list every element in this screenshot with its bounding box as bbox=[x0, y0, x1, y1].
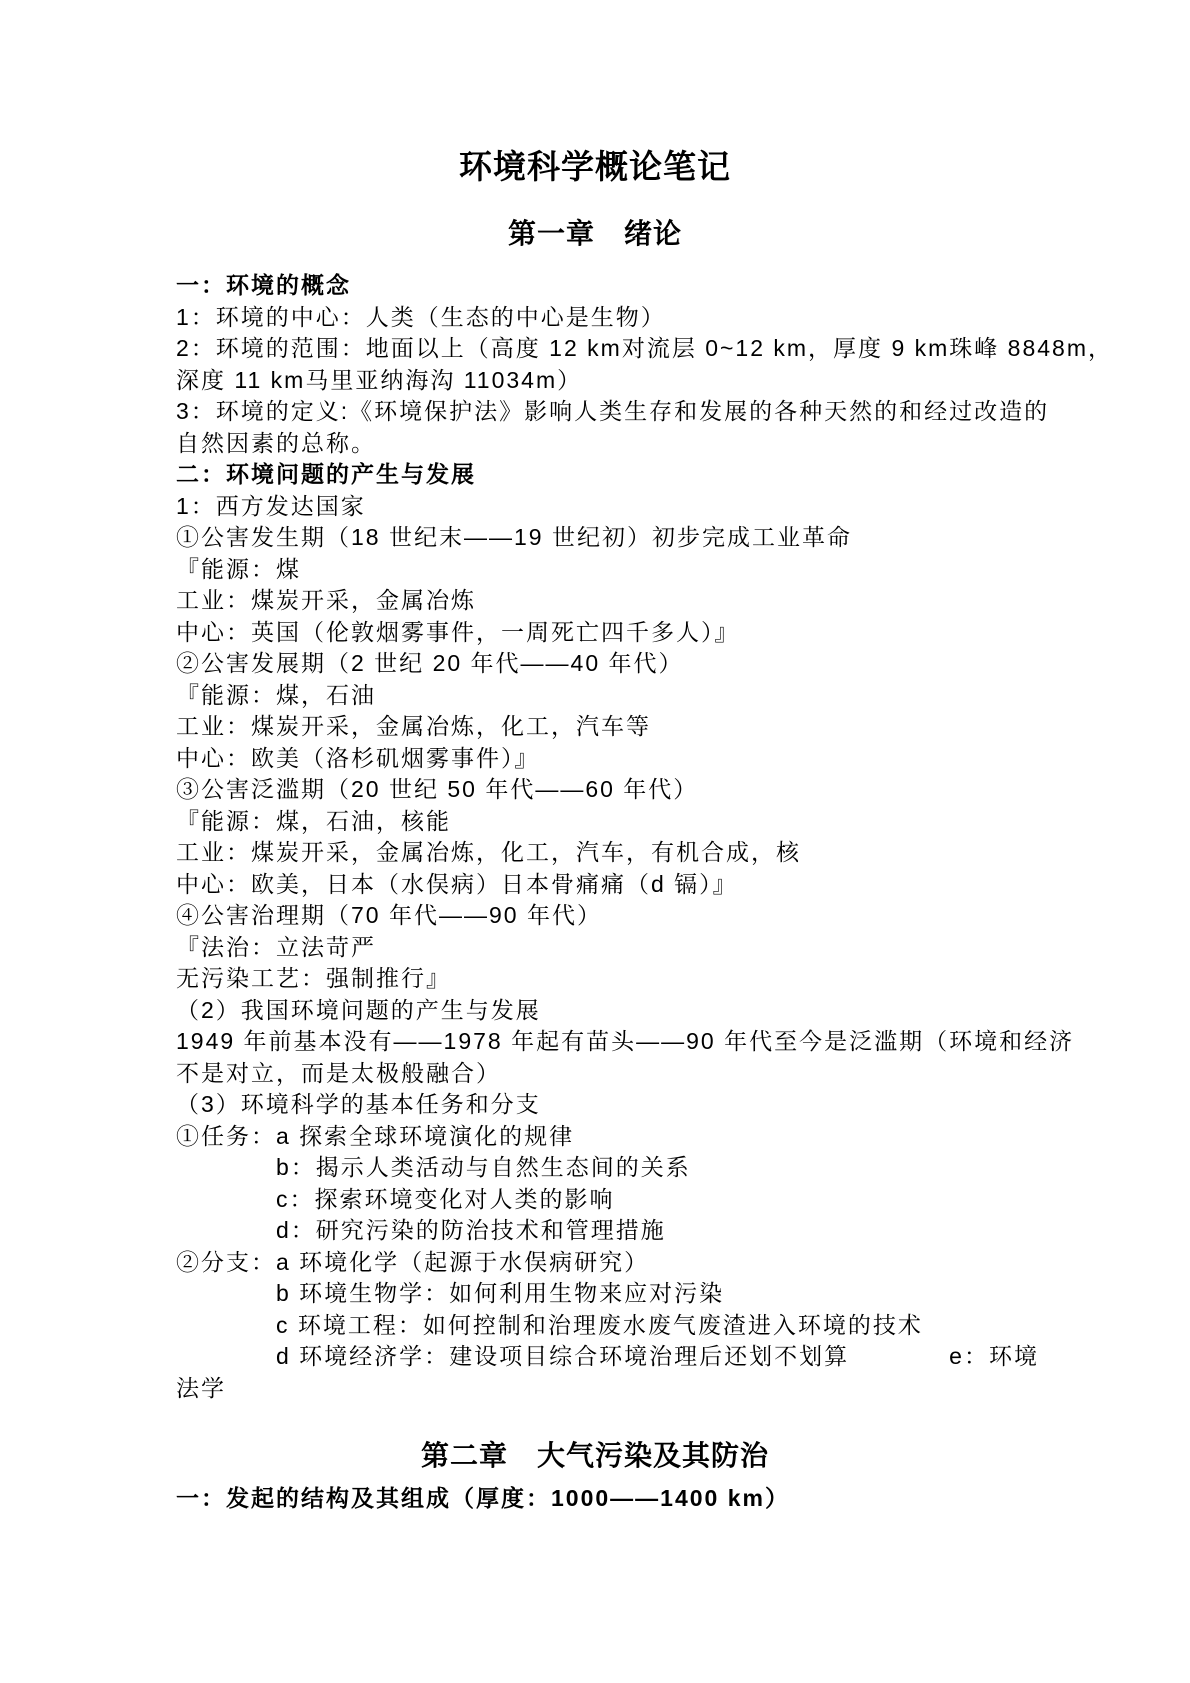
doc-line: 『能源：煤，石油 bbox=[176, 680, 1040, 712]
doc-line: 中心：英国（伦敦烟雾事件，一周死亡四千多人）』 bbox=[176, 617, 1040, 649]
document-page: 环境科学概论笔记 第一章 绪论 一：环境的概念 1：环境的中心：人类（生态的中心… bbox=[0, 0, 1190, 1683]
doc-line: 1949 年前基本没有——1978 年起有苗头——90 年代至今是泛滥期（环境和… bbox=[176, 1026, 1040, 1058]
doc-line: （3）环境科学的基本任务和分支 bbox=[176, 1089, 1040, 1121]
doc-line: ④公害治理期（70 年代——90 年代） bbox=[176, 900, 1040, 932]
doc-line: ①任务：a 探索全球环境演化的规律 bbox=[176, 1121, 1040, 1153]
doc-line: d：研究污染的防治技术和管理措施 bbox=[176, 1215, 1040, 1247]
chapter-1-heading: 第一章 绪论 bbox=[0, 214, 1190, 254]
doc-line: 1：西方发达国家 bbox=[176, 491, 1040, 523]
doc-line: 『法治：立法苛严 bbox=[176, 932, 1040, 964]
doc-line: 工业：煤炭开采，金属冶炼 bbox=[176, 585, 1040, 617]
doc-line: 工业：煤炭开采，金属冶炼，化工，汽车，有机合成，核 bbox=[176, 837, 1040, 869]
chapter-1-body: 一：环境的概念 1：环境的中心：人类（生态的中心是生物） 2：环境的范围：地面以… bbox=[176, 270, 1040, 1404]
doc-line: ②公害发展期（2 世纪 20 年代——40 年代） bbox=[176, 648, 1040, 680]
doc-line: ②分支：a 环境化学（起源于水俣病研究） bbox=[176, 1247, 1040, 1279]
doc-line: b 环境生物学：如何利用生物来应对污染 bbox=[176, 1278, 1040, 1310]
doc-line: 深度 11 km马里亚纳海沟 11034m） bbox=[176, 365, 1040, 397]
doc-line: 不是对立，而是太极般融合） bbox=[176, 1058, 1040, 1090]
doc-line: d 环境经济学：建设项目综合环境治理后还划不划算 e：环境 bbox=[176, 1341, 1040, 1373]
doc-line: 中心：欧美，日本（水俣病）日本骨痛痛（d 镉）』 bbox=[176, 869, 1040, 901]
doc-line: 二：环境问题的产生与发展 bbox=[176, 459, 1040, 491]
doc-line: 无污染工艺：强制推行』 bbox=[176, 963, 1040, 995]
doc-line: 工业：煤炭开采，金属冶炼，化工，汽车等 bbox=[176, 711, 1040, 743]
doc-line: 一：环境的概念 bbox=[176, 270, 1040, 302]
doc-line: c 环境工程：如何控制和治理废水废气废渣进入环境的技术 bbox=[176, 1310, 1040, 1342]
chapter-2-heading: 第二章 大气污染及其防治 bbox=[0, 1436, 1190, 1476]
doc-line: 1：环境的中心：人类（生态的中心是生物） bbox=[176, 302, 1040, 334]
doc-line: 『能源：煤 bbox=[176, 554, 1040, 586]
doc-line: c：探索环境变化对人类的影响 bbox=[176, 1184, 1040, 1216]
document-title: 环境科学概论笔记 bbox=[0, 0, 1190, 188]
doc-line: 2：环境的范围：地面以上（高度 12 km对流层 0~12 km，厚度 9 km… bbox=[176, 333, 1040, 365]
doc-line: ③公害泛滥期（20 世纪 50 年代——60 年代） bbox=[176, 774, 1040, 806]
doc-line: 自然因素的总称。 bbox=[176, 428, 1040, 460]
doc-line: b：揭示人类活动与自然生态间的关系 bbox=[176, 1152, 1040, 1184]
chapter-2-section-heading: 一：发起的结构及其组成（厚度：1000——1400 km） bbox=[176, 1482, 1040, 1514]
doc-line: 3：环境的定义:《环境保护法》影响人类生存和发展的各种天然的和经过改造的 bbox=[176, 396, 1040, 428]
doc-line: 法学 bbox=[176, 1373, 1040, 1405]
doc-line: （2）我国环境问题的产生与发展 bbox=[176, 995, 1040, 1027]
doc-line: 中心：欧美（洛杉矶烟雾事件）』 bbox=[176, 743, 1040, 775]
doc-line: ①公害发生期（18 世纪末——19 世纪初）初步完成工业革命 bbox=[176, 522, 1040, 554]
doc-line: 『能源：煤，石油，核能 bbox=[176, 806, 1040, 838]
